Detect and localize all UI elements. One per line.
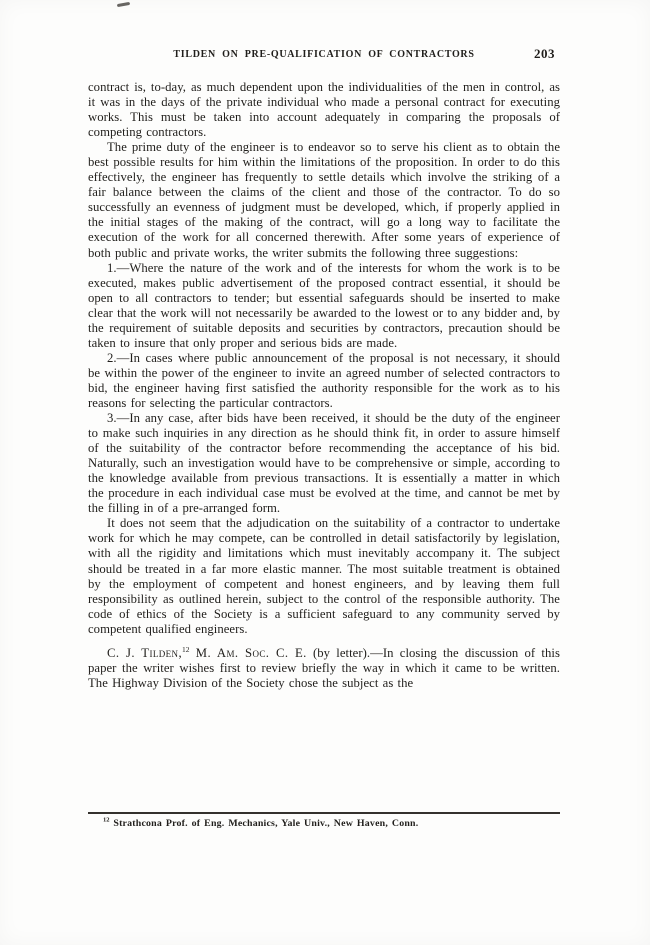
text-column: contract is, to-day, as much dependent u… bbox=[88, 80, 560, 691]
scan-artifact bbox=[117, 2, 130, 7]
running-title: TILDEN ON PRE-QUALIFICATION OF CONTRACTO… bbox=[88, 49, 560, 60]
author-credentials: M. Am. Soc. C. E. bbox=[196, 646, 307, 660]
footnote-section: 12 Strathcona Prof. of Eng. Mechanics, Y… bbox=[88, 812, 560, 829]
author-footnote-marker: 12 bbox=[182, 645, 190, 654]
paragraph-suggestion-1: 1.—Where the nature of the work and of t… bbox=[88, 261, 560, 351]
paragraph-continuation: contract is, to-day, as much dependent u… bbox=[88, 80, 560, 140]
paragraph-adjudication: It does not seem that the adjudication o… bbox=[88, 516, 560, 636]
paragraph-suggestion-2: 2.—In cases where public announcement of… bbox=[88, 351, 560, 411]
author-name: C. J. Tilden, bbox=[107, 646, 182, 660]
paragraph-suggestion-3: 3.—In any case, after bids have been rec… bbox=[88, 411, 560, 516]
page-number: 203 bbox=[534, 46, 555, 62]
page-header: TILDEN ON PRE-QUALIFICATION OF CONTRACTO… bbox=[88, 49, 560, 67]
closing-paragraph: C. J. Tilden,12 M. Am. Soc. C. E. (by le… bbox=[88, 646, 560, 691]
footnote-content: Strathcona Prof. of Eng. Mechanics, Yale… bbox=[113, 818, 418, 829]
scanned-document-page: TILDEN ON PRE-QUALIFICATION OF CONTRACTO… bbox=[0, 0, 650, 945]
footnote-rule bbox=[88, 812, 560, 814]
paragraph-prime-duty: The prime duty of the engineer is to end… bbox=[88, 140, 560, 260]
footnote-marker: 12 bbox=[103, 817, 110, 824]
footnote: 12 Strathcona Prof. of Eng. Mechanics, Y… bbox=[88, 818, 560, 829]
